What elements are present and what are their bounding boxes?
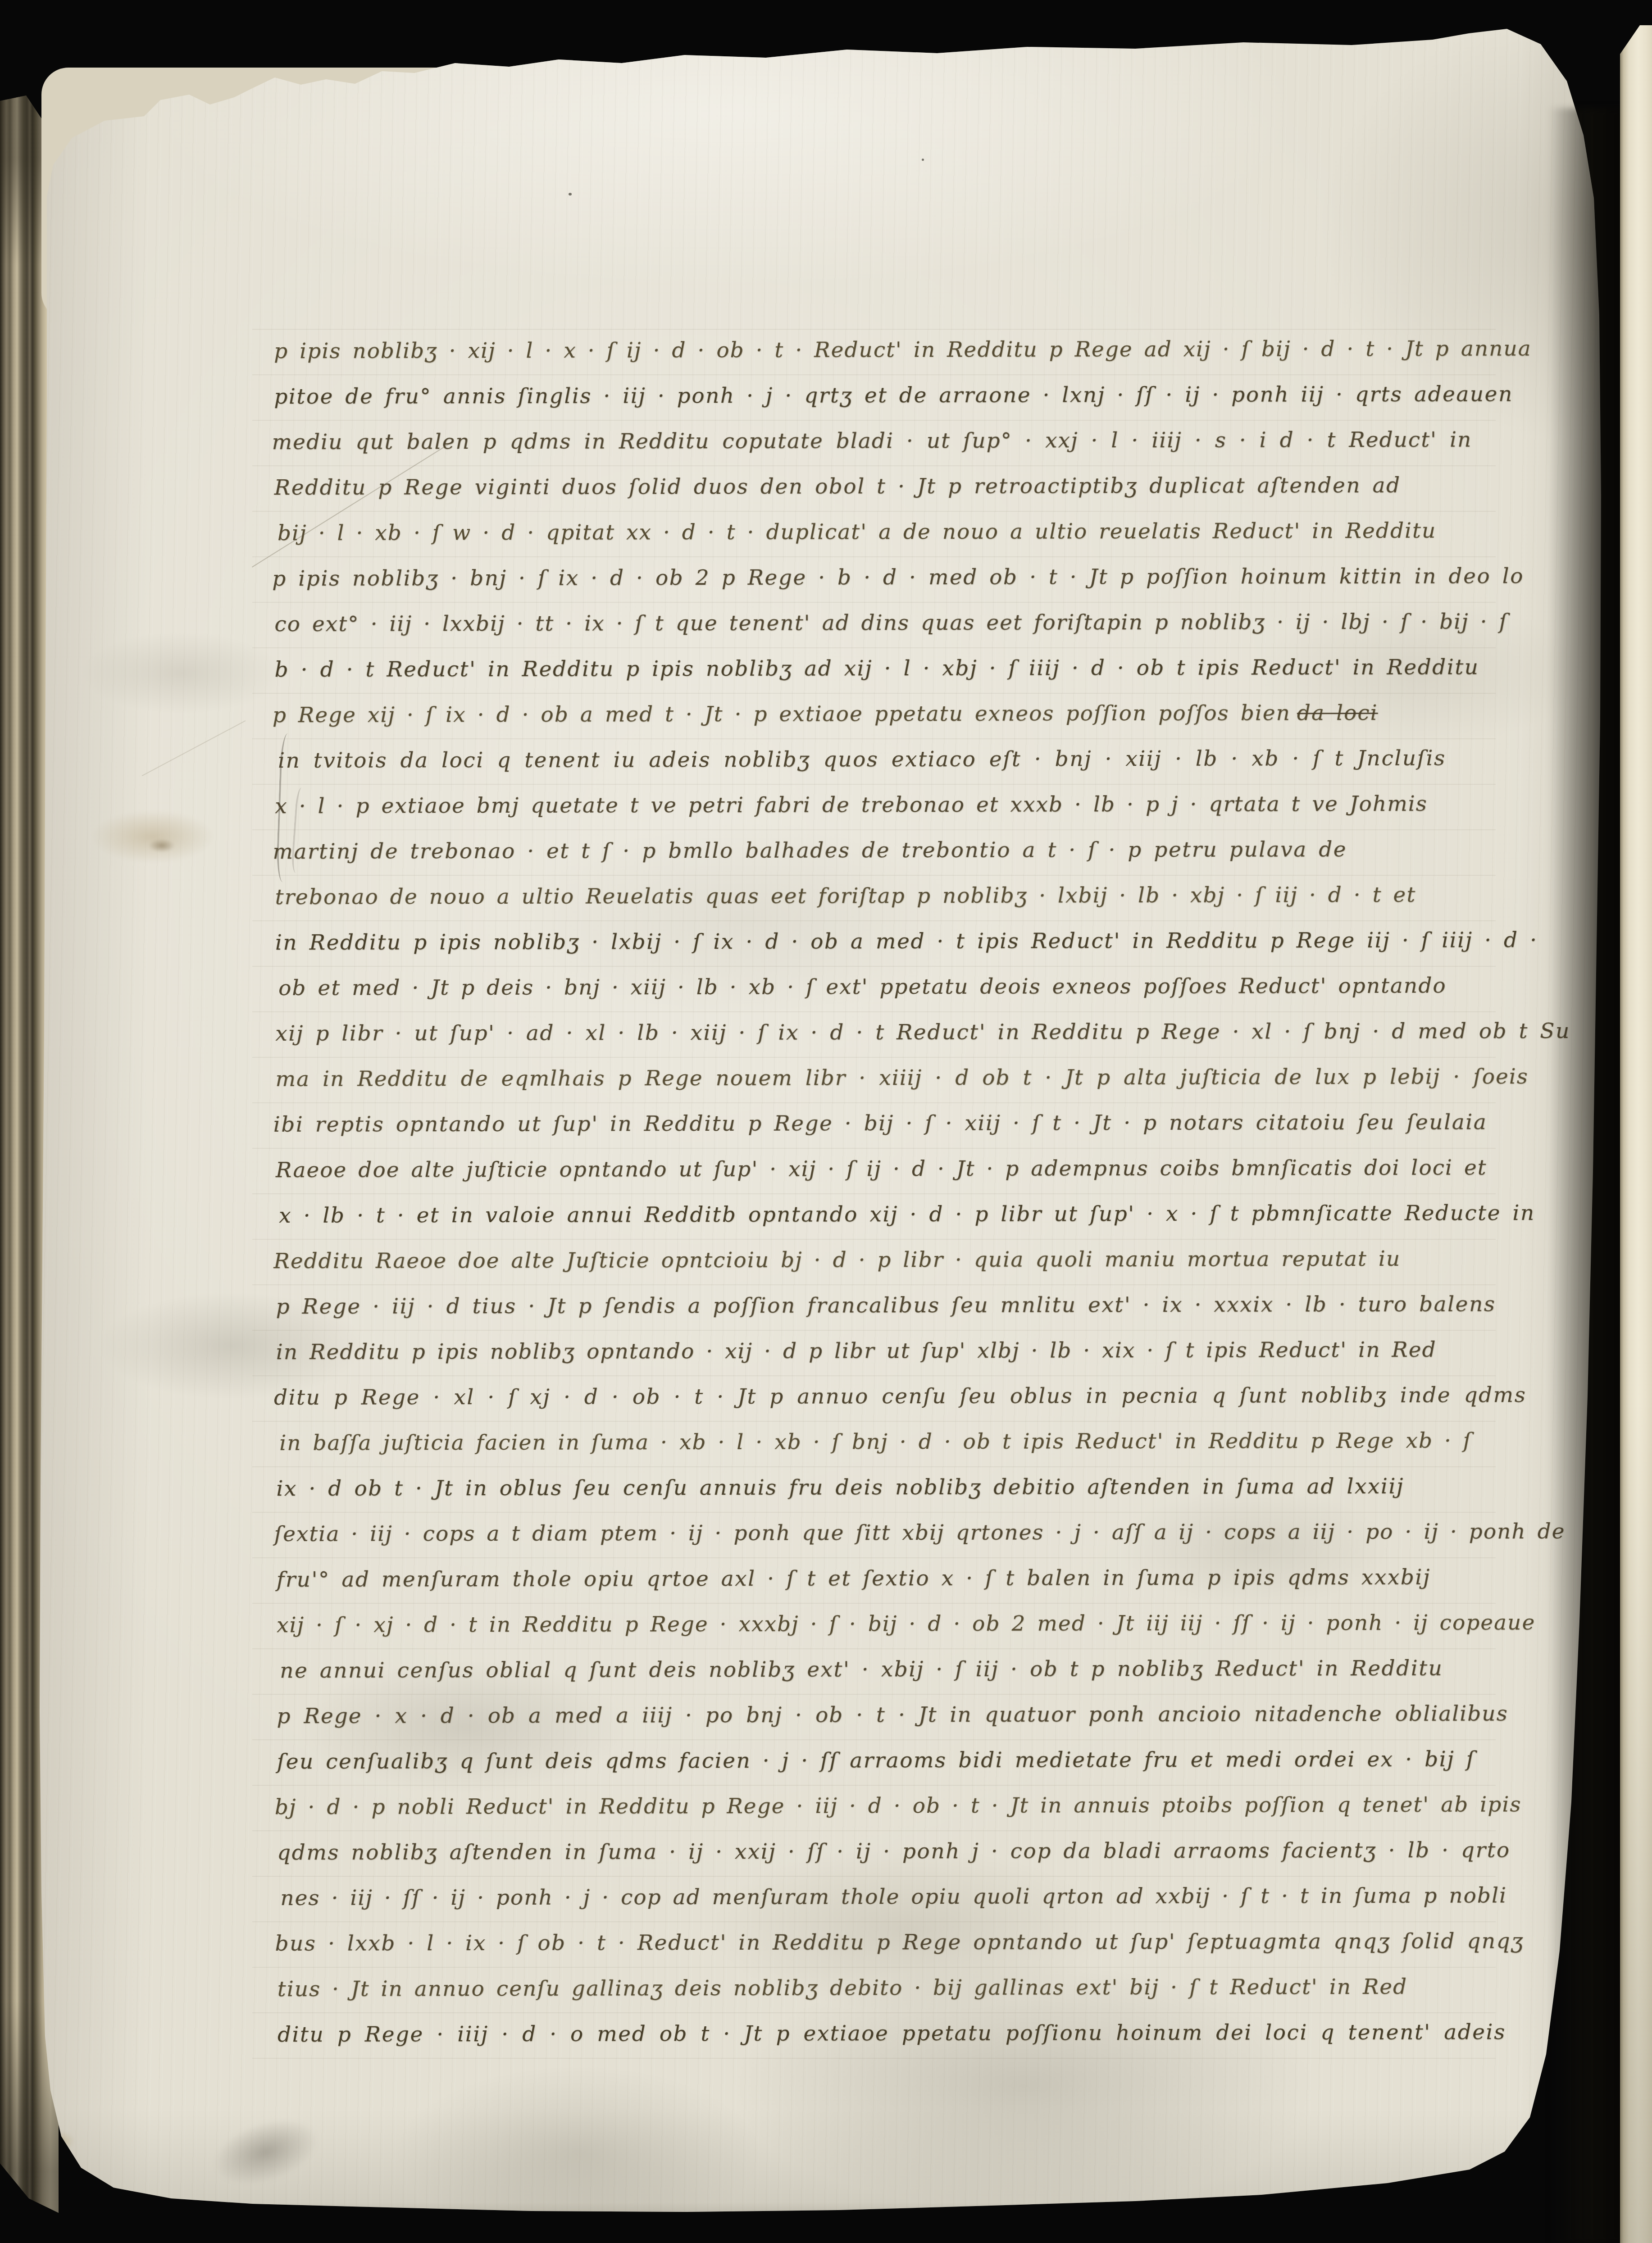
struck-text: da loci bbox=[1297, 701, 1378, 725]
manuscript-line: in Redditu p ipis noblibʒ opntando · xij… bbox=[276, 1327, 1493, 1375]
manuscript-line: ibi reptis opntando ut ſup' in Redditu p… bbox=[273, 1099, 1490, 1147]
line-text: mediu qut balen p qdms in Redditu coputa… bbox=[272, 427, 1472, 455]
line-text: ſeu cenſualibʒ q ſunt deis qdms facien ·… bbox=[277, 1747, 1475, 1774]
manuscript-line: xij p libr · ut ſup' · ad · xl · lb · xi… bbox=[275, 1008, 1492, 1056]
manuscript-line: nes · iij · ſſ · ij · ponh · j · cop ad … bbox=[280, 1873, 1497, 1921]
line-text: ix · d ob t · Jt in oblus ſeu cenſu annu… bbox=[276, 1474, 1404, 1501]
line-text: pitoe de fru° annis ſinglis · iij · ponh… bbox=[274, 382, 1513, 409]
line-text: xij p libr · ut ſup' · ad · xl · lb · xi… bbox=[275, 1019, 1570, 1046]
manuscript-line: p ipis noblibʒ · bnj · ſ ix · d · ob 2 p… bbox=[272, 553, 1488, 601]
line-text: p Rege · x · d · ob a med a iiij · po bn… bbox=[277, 1701, 1508, 1729]
manuscript-line: Redditu Raeoe doe alte Juſticie opntcioi… bbox=[273, 1236, 1490, 1284]
stain bbox=[149, 839, 175, 852]
line-text: trebonao de nouo a ultio Reuelatis quas … bbox=[275, 883, 1416, 910]
manuscript-line: p Rege · iij · d tius · Jt p ſendis a po… bbox=[276, 1281, 1492, 1329]
ink-speck bbox=[67, 2161, 71, 2164]
line-text: ſextia · iij · cops a t diam ptem · ij ·… bbox=[274, 1519, 1566, 1547]
manuscript-photo: p ipis noblibʒ · xij · l · x · ſ ij · d … bbox=[0, 0, 1652, 2243]
manuscript-line: b · d · t Reduct' in Redditu p ipis nobl… bbox=[274, 644, 1491, 692]
manuscript-line: Redditu p Rege viginti duos ſolid duos d… bbox=[274, 462, 1491, 510]
line-text: ob et med · Jt p deis · bnj · xiij · lb … bbox=[278, 974, 1447, 1001]
manuscript-line: tius · Jt in annuo cenſu gallinaʒ deis n… bbox=[278, 1964, 1494, 2012]
manuscript-line: ob et med · Jt p deis · bnj · xiij · lb … bbox=[278, 963, 1495, 1011]
line-text: p ipis noblibʒ · xij · l · x · ſ ij · d … bbox=[274, 336, 1532, 364]
manuscript-line: bus · lxxb · l · ix · ſ ob · t · Reduct'… bbox=[275, 1918, 1491, 1966]
line-text: in baſſa juſticia facien in ſuma · xb · … bbox=[279, 1428, 1472, 1456]
manuscript-line: ſextia · iij · cops a t diam ptem · ij ·… bbox=[274, 1509, 1490, 1557]
line-text: Redditu p Rege viginti duos ſolid duos d… bbox=[274, 473, 1401, 500]
manuscript-line: ſeu cenſualibʒ q ſunt deis qdms facien ·… bbox=[277, 1736, 1493, 1784]
manuscript-line: ditu p Rege · iiij · d · o med ob t · Jt… bbox=[278, 2009, 1494, 2057]
stain bbox=[92, 811, 214, 863]
line-text: ditu p Rege · xl · ſ xj · d · ob · t · J… bbox=[274, 1383, 1526, 1410]
manuscript-line: p Rege xij · ſ ix · d · ob a med t · Jt … bbox=[273, 690, 1489, 738]
adjacent-page-edge bbox=[1620, 25, 1652, 2243]
line-text: x · lb · t · et in valoie annui Redditb … bbox=[279, 1201, 1535, 1228]
manuscript-line: Raeoe doe alte juſticie opntando ut ſup'… bbox=[276, 1145, 1492, 1193]
line-text: Redditu Raeoe doe alte Juſticie opntcioi… bbox=[273, 1247, 1401, 1274]
line-text: b · d · t Reduct' in Redditu p ipis nobl… bbox=[275, 655, 1479, 682]
manuscript-page: p ipis noblibʒ · xij · l · x · ſ ij · d … bbox=[0, 0, 1652, 2243]
line-text: ne annui cenſus oblial q ſunt deis nobli… bbox=[280, 1656, 1443, 1683]
manuscript-line: ma in Redditu de eqmlhais p Rege nouem l… bbox=[275, 1054, 1492, 1102]
manuscript-line: bij · l · xb · ſ w · d · qpitat xx · d ·… bbox=[278, 508, 1494, 556]
manuscript-line: p ipis noblibʒ · xij · l · x · ſ ij · d … bbox=[274, 326, 1490, 374]
manuscript-line: co ext° · iij · lxxbij · tt · ix · ſ t q… bbox=[274, 599, 1491, 647]
manuscript-line: p Rege · x · d · ob a med a iiij · po bn… bbox=[277, 1691, 1493, 1739]
line-text: Raeoe doe alte juſticie opntando ut ſup'… bbox=[276, 1155, 1487, 1183]
line-text: in Redditu p ipis noblibʒ opntando · xij… bbox=[276, 1338, 1437, 1365]
manuscript-line: in tvitois da loci q tenent iu adeis nob… bbox=[278, 735, 1494, 783]
line-text: bus · lxxb · l · ix · ſ ob · t · Reduct'… bbox=[275, 1929, 1524, 1956]
line-text: xij · ſ · xj · d · t in Redditu p Rege ·… bbox=[277, 1610, 1535, 1638]
manuscript-line: in baſſa juſticia facien in ſuma · xb · … bbox=[279, 1418, 1496, 1466]
line-text: qdms noblibʒ aſtenden in ſuma · ij · xxi… bbox=[277, 1838, 1511, 1865]
photo-backdrop: { "colors": { "backdrop": "#070707", "pa… bbox=[0, 0, 1652, 2243]
line-text: nes · iij · ſſ · ij · ponh · j · cop ad … bbox=[280, 1883, 1507, 1911]
line-text: in Redditu p ipis noblibʒ · lxbij · ſ ix… bbox=[275, 928, 1538, 955]
manuscript-line: fru'° ad menſuram thole opiu qrtoe axl ·… bbox=[277, 1554, 1493, 1602]
manuscript-line: trebonao de nouo a ultio Reuelatis quas … bbox=[275, 872, 1492, 920]
manuscript-line: x · l · p extiaoe bmj quetate t ve petri… bbox=[275, 781, 1491, 829]
line-text: bij · l · xb · ſ w · d · qpitat xx · d ·… bbox=[278, 519, 1436, 546]
line-text: martinj de trebonao · et t ſ · p bmllo b… bbox=[273, 837, 1347, 864]
line-text: fru'° ad menſuram thole opiu qrtoe axl ·… bbox=[277, 1565, 1431, 1592]
manuscript-line: ditu p Rege · xl · ſ xj · d · ob · t · J… bbox=[274, 1372, 1490, 1420]
manuscript-line: mediu qut balen p qdms in Redditu coputa… bbox=[272, 417, 1488, 465]
line-text: in tvitois da loci q tenent iu adeis nob… bbox=[278, 746, 1446, 773]
line-text: tius · Jt in annuo cenſu gallinaʒ deis n… bbox=[278, 1975, 1408, 2002]
manuscript-line: qdms noblibʒ aſtenden in ſuma · ij · xxi… bbox=[277, 1827, 1493, 1875]
manuscript-line: pitoe de fru° annis ſinglis · iij · ponh… bbox=[274, 371, 1490, 419]
line-text: ditu p Rege · iiij · d · o med ob t · Jt… bbox=[278, 2020, 1506, 2047]
manuscript-line: bj · d · p nobli Reduct' in Redditu p Re… bbox=[275, 1782, 1491, 1830]
manuscript-line: martinj de trebonao · et t ſ · p bmllo b… bbox=[273, 826, 1489, 874]
line-text: ma in Redditu de eqmlhais p Rege nouem l… bbox=[275, 1064, 1529, 1092]
line-text: co ext° · iij · lxxbij · tt · ix · ſ t q… bbox=[274, 609, 1508, 637]
line-text: x · l · p extiaoe bmj quetate t ve petri… bbox=[275, 792, 1428, 819]
manuscript-line: in Redditu p ipis noblibʒ · lxbij · ſ ix… bbox=[275, 917, 1492, 965]
line-text: ibi reptis opntando ut ſup' in Redditu p… bbox=[273, 1110, 1488, 1137]
line-text: p ipis noblibʒ · bnj · ſ ix · d · ob 2 p… bbox=[272, 564, 1524, 591]
manuscript-line: ix · d ob t · Jt in oblus ſeu cenſu annu… bbox=[276, 1463, 1493, 1511]
manuscript-line: xij · ſ · xj · d · t in Redditu p Rege ·… bbox=[277, 1600, 1493, 1648]
line-text: p Rege · iij · d tius · Jt p ſendis a po… bbox=[276, 1292, 1496, 1319]
line-text: bj · d · p nobli Reduct' in Redditu p Re… bbox=[275, 1792, 1522, 1820]
manuscript-line: x · lb · t · et in valoie annui Redditb … bbox=[279, 1190, 1495, 1238]
line-text: p Rege xij · ſ ix · d · ob a med t · Jt … bbox=[273, 701, 1291, 728]
ink-speck bbox=[569, 193, 572, 196]
manuscript-line: ne annui cenſus oblial q ſunt deis nobli… bbox=[280, 1645, 1496, 1693]
ink-speck bbox=[922, 159, 924, 161]
text-block: p ipis noblibʒ · xij · l · x · ſ ij · d … bbox=[274, 326, 1494, 2057]
